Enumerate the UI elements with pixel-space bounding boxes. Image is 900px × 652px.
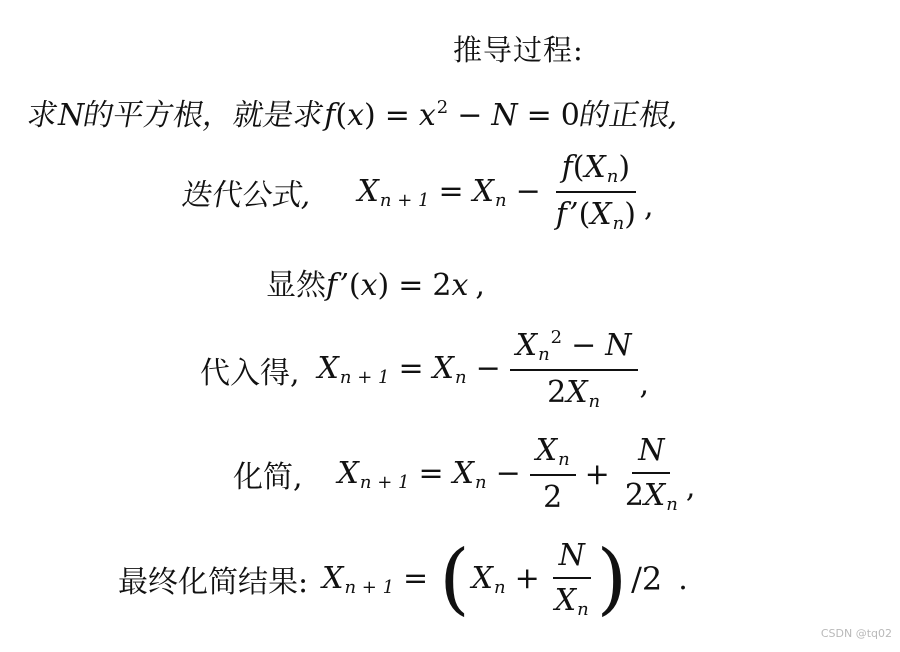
var-X: X	[322, 561, 343, 596]
fraction-numerator: N	[553, 538, 591, 579]
var-x: x	[361, 268, 378, 303]
subscript-n: n	[495, 190, 507, 211]
divide-by-two: /2	[631, 560, 662, 598]
fraction-denominator: 2Xn	[619, 474, 684, 515]
var-X: X	[590, 197, 611, 232]
big-paren-right: )	[597, 546, 627, 612]
plus-sign: +	[585, 457, 610, 492]
lhs-xn1-eq-xn-minus: Xn + 1=Xn−	[318, 351, 510, 388]
equals-sign: =	[527, 98, 552, 133]
var-x: x	[419, 98, 436, 133]
subscript-n: n	[589, 391, 601, 412]
var-N: N	[638, 433, 664, 468]
var-X: X	[536, 433, 557, 468]
fraction-N-over-2xn: N 2Xn	[619, 433, 684, 515]
superscript-two: 2	[551, 327, 562, 348]
var-N: N	[559, 538, 585, 573]
subscript-n-plus-1: n + 1	[380, 190, 430, 211]
fraction-denominator: Xn	[549, 579, 595, 620]
big-paren-left: (	[439, 546, 469, 612]
digit-two: 2	[543, 480, 562, 515]
digit-two: 2	[432, 268, 451, 303]
paren-left: (	[349, 268, 361, 303]
subscript-n: n	[558, 449, 570, 470]
trailing-comma: ,	[686, 470, 696, 505]
var-N: N	[491, 98, 517, 133]
digit-two: 2	[625, 478, 644, 513]
superscript-two: 2	[437, 97, 448, 118]
var-x: x	[347, 98, 364, 133]
fraction-denominator: 2	[537, 476, 568, 515]
fraction-xn2-minus-N-over-2xn: Xn2−N 2Xn	[510, 327, 638, 412]
line4-label: 代入得,	[200, 348, 300, 392]
subscript-n: n	[475, 472, 487, 493]
equals-sign: =	[403, 561, 428, 596]
trailing-comma: ,	[640, 367, 650, 402]
plus-operator: +	[576, 457, 619, 492]
equals-sign: =	[418, 456, 443, 491]
line2-label: 迭代公式,	[179, 170, 316, 214]
line1-cn-lead: 求	[24, 90, 62, 134]
paren-right: )	[378, 268, 390, 303]
fraction-xn-over-2: Xn 2	[530, 433, 576, 515]
subscript-n: n	[607, 166, 619, 187]
fraction-N-over-xn: N Xn	[549, 538, 595, 620]
xn-plus: Xn+	[472, 561, 549, 598]
fraction-numerator: N	[632, 433, 670, 474]
line-substitution: 代入得, Xn + 1=Xn− Xn2−N 2Xn ,	[200, 327, 649, 412]
var-X: X	[566, 375, 587, 410]
minus-sign: −	[516, 174, 541, 209]
var-X: X	[318, 351, 339, 386]
var-X: X	[555, 583, 576, 618]
var-X: X	[584, 150, 605, 185]
plus-sign: +	[515, 561, 540, 596]
paren-left: (	[573, 150, 585, 185]
paren-right: )	[624, 197, 636, 232]
trailing-comma: ,	[644, 189, 654, 224]
line-simplify: 化简, Xn + 1=Xn− Xn 2 + N 2Xn ,	[233, 433, 695, 515]
subscript-n-plus-1: n + 1	[340, 367, 390, 388]
func-f: f	[562, 150, 573, 185]
page-title: 推导过程:	[453, 28, 584, 69]
line3-label: 显然	[266, 268, 326, 303]
var-N: N	[605, 328, 631, 363]
paren-left: (	[335, 98, 347, 133]
fraction-denominator: 2Xn	[541, 371, 606, 412]
line-definition: 求N的平方根，就是求f(x)=x2−N=0的正根,	[28, 90, 679, 134]
equals-sign: =	[398, 268, 423, 303]
equals-sign: =	[438, 174, 463, 209]
var-X: X	[644, 478, 665, 513]
subscript-n: n	[577, 599, 589, 620]
subscript-n-plus-1: n + 1	[344, 577, 394, 598]
paren-right: )	[364, 98, 376, 133]
derivation-document: 推导过程: 求N的平方根，就是求f(x)=x2−N=0的正根, 迭代公式, Xn…	[0, 0, 900, 652]
subscript-n: n	[494, 577, 506, 598]
digit-two: 2	[547, 375, 566, 410]
lhs-xn1-eq-xn-minus: Xn + 1=Xn−	[358, 174, 550, 211]
minus-sign: −	[571, 328, 596, 363]
subscript-n: n	[538, 344, 550, 365]
var-X: X	[433, 351, 454, 386]
equals-sign: =	[398, 351, 423, 386]
fraction-numerator: f(Xn)	[556, 150, 637, 193]
csdn-watermark: CSDN @tq02	[821, 627, 892, 640]
trailing-comma: ,	[475, 268, 485, 303]
subscript-n: n	[666, 494, 678, 515]
line-derivative: 显然f’(x)=2x,	[266, 260, 485, 304]
var-X: X	[453, 456, 474, 491]
var-X: X	[358, 174, 379, 209]
var-X: X	[473, 174, 494, 209]
line5-label: 化简,	[233, 452, 303, 496]
subscript-n: n	[455, 367, 467, 388]
trailing-period: .	[678, 562, 688, 597]
line-iteration-formula: 迭代公式, Xn + 1=Xn− f(Xn) f’(Xn) ,	[183, 150, 654, 234]
equals-sign: =	[385, 98, 410, 133]
paren-right: )	[618, 150, 630, 185]
func-f-prime: f’	[326, 268, 349, 303]
var-X: X	[472, 561, 493, 596]
line-final-result: 最终化简结果: Xn + 1= ( Xn+ N Xn ) /2 .	[118, 538, 688, 620]
func-f: f	[324, 98, 335, 133]
fraction-denominator: f’(Xn)	[550, 193, 642, 234]
lhs-xn1-eq: Xn + 1=	[322, 561, 437, 598]
minus-sign: −	[457, 98, 482, 133]
paren-left: (	[579, 197, 591, 232]
subscript-n: n	[613, 213, 625, 234]
var-x: x	[451, 268, 468, 303]
lhs-xn1-eq-xn-minus: Xn + 1=Xn−	[338, 456, 530, 493]
line1-cn-mid: 的平方根，就是求	[80, 90, 328, 134]
line6-label: 最终化简结果:	[118, 557, 308, 601]
subscript-n-plus-1: n + 1	[360, 472, 410, 493]
fraction-f-over-fprime: f(Xn) f’(Xn)	[550, 150, 642, 234]
var-X: X	[338, 456, 359, 491]
minus-sign: −	[496, 456, 521, 491]
line1-cn-tail: 的正根,	[576, 90, 683, 134]
minus-sign: −	[476, 351, 501, 386]
func-f-prime: f’	[556, 197, 579, 232]
fraction-numerator: Xn2−N	[510, 327, 638, 371]
fraction-numerator: Xn	[530, 433, 576, 476]
var-X: X	[516, 328, 537, 363]
